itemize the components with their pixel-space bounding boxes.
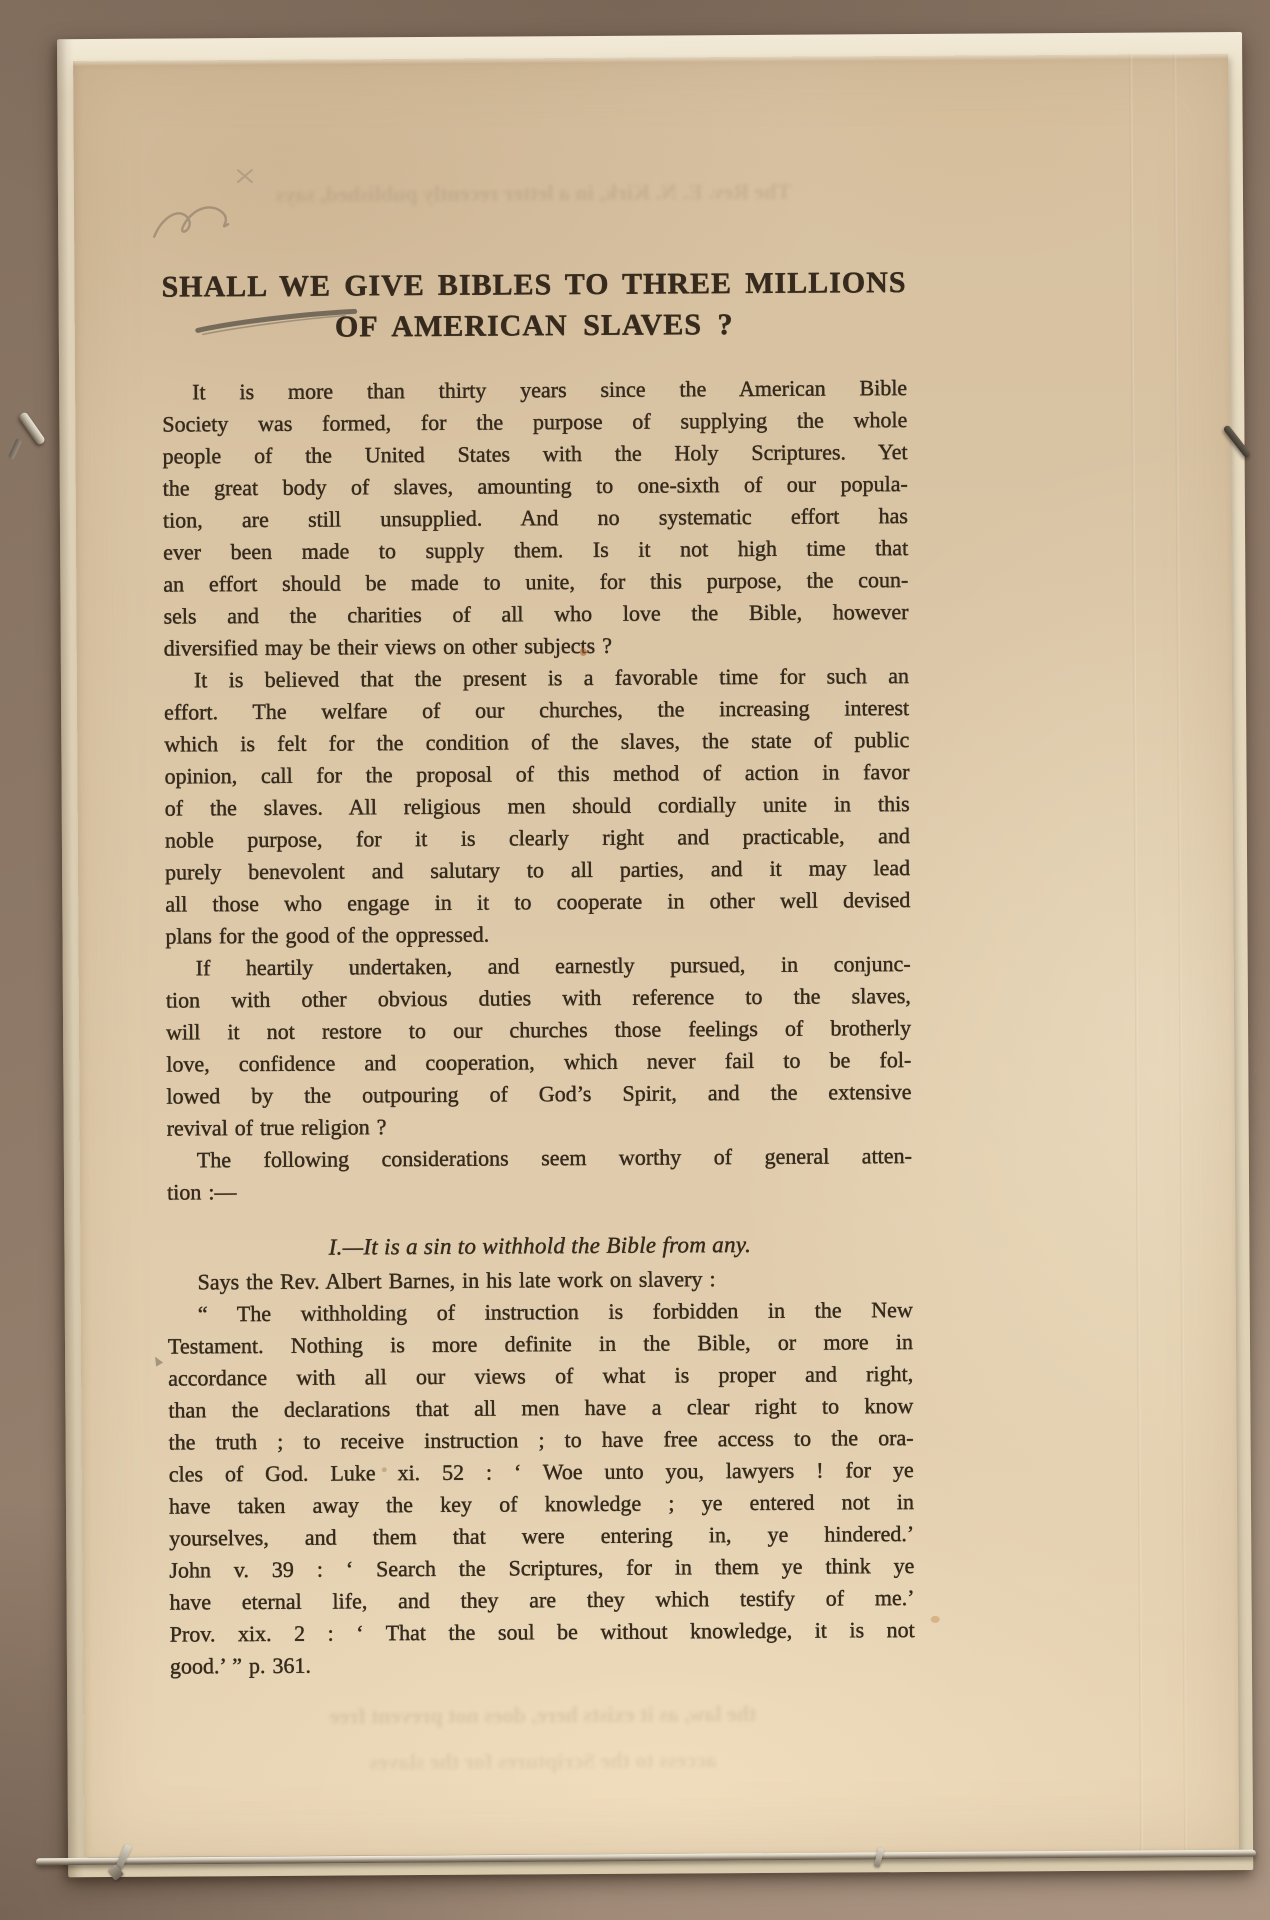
text-line: ever been made to supply them. Is it not… (163, 532, 908, 569)
text-line: an effort should be made to unite, for t… (163, 564, 908, 601)
pamphlet-page: The Rev. E. N. Kirk, in a letter recentl… (73, 54, 1239, 1857)
pencil-x-mark (238, 170, 252, 182)
text-line: lowed by the outpouring of God’s Spirit,… (166, 1076, 911, 1113)
text-line: yourselves, and them that were entering … (169, 1518, 914, 1555)
text-line: will it not restore to our churches thos… (166, 1012, 911, 1049)
text-line: If heartily undertaken, and earnestly pu… (166, 948, 911, 985)
push-pin-left (18, 411, 46, 446)
text-line: It is believed that the present is a fav… (164, 660, 909, 697)
rust-stain (931, 1616, 940, 1623)
text-line: the truth ; to receive instruction ; to … (168, 1422, 913, 1459)
text-line: of the slaves. All religious men should … (165, 788, 910, 825)
text-line: sels and the charities of all who love t… (163, 596, 908, 633)
photographed-document-scene: The Rev. E. N. Kirk, in a letter recentl… (0, 0, 1270, 1920)
section-heading: I.—It is a sin to withhold the Bible fro… (167, 1226, 912, 1267)
text-line: cles of God. Luke xi. 52 : ‘ Woe unto yo… (169, 1454, 914, 1491)
text-line: Testament. Nothing is more definite in t… (168, 1326, 913, 1363)
text-line: tion with other obvious duties with refe… (166, 980, 911, 1017)
text-line: which is felt for the condition of the s… (164, 724, 909, 761)
paper-crease (1129, 55, 1143, 1851)
text-line: the great body of slaves, amounting to o… (163, 468, 908, 505)
show-through-line: The Rev. E. N. Kirk, in a letter recentl… (161, 176, 906, 211)
show-through-line: the law, as it exists here, does not pre… (170, 1698, 915, 1733)
text-line: Prov. xix. 2 : ‘ That the soul be withou… (170, 1614, 915, 1651)
text-line: good.’ ” p. 361. (170, 1646, 915, 1683)
text-line: Society was formed, for the purpose of s… (162, 404, 907, 441)
text-line: have eternal life, and they are they whi… (169, 1582, 914, 1619)
text-line: diversified may be their views on other … (164, 628, 909, 665)
text-line: effort. The welfare of our churches, the… (164, 692, 909, 729)
text-line: accordance with all our views of what is… (168, 1358, 913, 1395)
text-line: have taken away the key of knowledge ; y… (169, 1486, 914, 1523)
text-line: people of the United States with the Hol… (162, 436, 907, 473)
paper-crease (1173, 54, 1187, 1850)
text-line: noble purpose, for it is clearly right a… (165, 820, 910, 857)
pencil-inscription (154, 207, 228, 236)
text-line: opinion, call for the proposal of this m… (164, 756, 909, 793)
text-line: than the declarations that all men have … (168, 1390, 913, 1427)
push-pin-left-shadow (8, 438, 23, 460)
text-line: tion :— (167, 1172, 912, 1209)
paper-stack: The Rev. E. N. Kirk, in a letter recentl… (57, 32, 1253, 1877)
text-line: tion, are still unsupplied. And no syste… (163, 500, 908, 537)
text-line: all those who engage in it to cooperate … (165, 884, 910, 921)
show-through-line: access to the Scriptures for the slaves (170, 1744, 915, 1779)
pencil-speck (155, 1357, 163, 1367)
text-blocks: It is more than thirty years since the A… (162, 372, 915, 1683)
text-line: “ The withholding of instruction is forb… (168, 1294, 913, 1331)
title-line-1: SHALL WE GIVE BIBLES TO THREE MILLIONS (161, 262, 906, 308)
text-line: Says the Rev. Albert Barnes, in his late… (168, 1262, 913, 1299)
text-line: love, confidence and cooperation, which … (166, 1044, 911, 1081)
text-line: purely benevolent and salutary to all pa… (165, 852, 910, 889)
text-line: John v. 39 : ‘ Search the Scriptures, fo… (169, 1550, 914, 1587)
text-line: revival of true religion ? (167, 1108, 912, 1145)
page-title: SHALL WE GIVE BIBLES TO THREE MILLIONS O… (161, 262, 906, 349)
text-line: The following considerations seem worthy… (167, 1140, 912, 1177)
title-line-2: OF AMERICAN SLAVES ? (162, 303, 907, 349)
text-line: It is more than thirty years since the A… (162, 372, 907, 409)
text-line: plans for the good of the oppressed. (165, 916, 910, 953)
